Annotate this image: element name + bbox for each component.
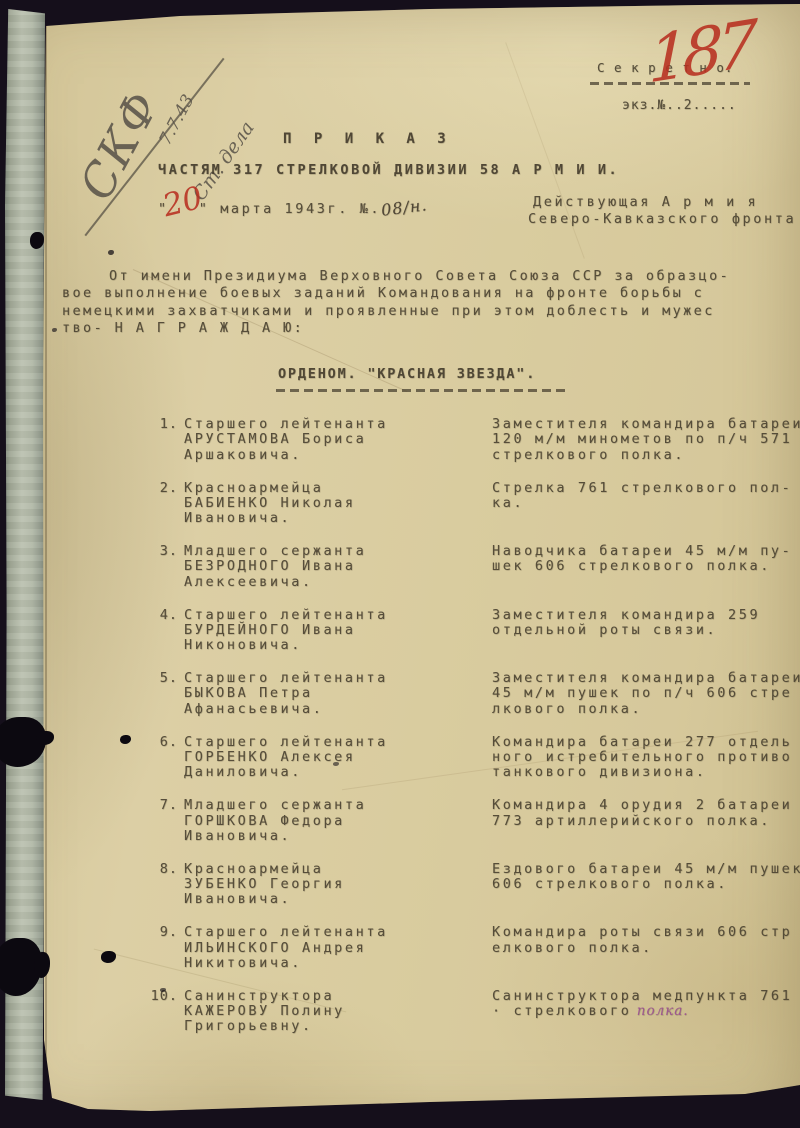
entry-rank-and-name: Младшего сержантаГОРШКОВА ФедораИванович…: [184, 798, 492, 844]
entry-rank-and-name: Старшего лейтенантаГОРБЕНКО АлексеяДанил…: [184, 735, 492, 781]
entry-text-line: 606 стрелкового полка.: [492, 877, 800, 892]
order-addressee-line: ЧАСТЯМ 317 СТРЕЛКОВОЙ ДИВИЗИИ 58 А Р М И…: [158, 162, 619, 178]
entry-text-line: Алексеевича.: [184, 575, 492, 590]
entry-text-line: ного истребительного противо: [492, 750, 800, 765]
entry-text-line: Ивановича.: [184, 892, 492, 907]
entry-number: 8.: [146, 862, 178, 877]
entry-position: Заместителя командира батареи120 м/м мин…: [492, 417, 800, 463]
entry-text-line: Ивановича.: [184, 829, 492, 844]
entry-number: 2.: [146, 481, 178, 496]
entry-position: Заместителя командира батареи45 м/м пуше…: [492, 671, 800, 717]
entry-text-line: КАЖЕРОВУ Полину: [184, 1004, 492, 1019]
entry-position: Командира батареи 277 отдельного истреби…: [492, 735, 800, 781]
entry-rank-and-name: Младшего сержантаБЕЗРОДНОГО ИванаАлексее…: [184, 544, 492, 590]
entry-text-line: танкового дивизиона.: [492, 765, 800, 780]
entry-number: 4.: [146, 608, 178, 623]
preamble-line: вое выполнение боевых заданий Командован…: [62, 285, 730, 302]
entry-text-line: Старшего лейтенанта: [184, 735, 492, 750]
entry-text-line: Командира роты связи 606 стр: [492, 925, 800, 940]
entry-text-line: БАБИЕНКО Николая: [184, 496, 492, 511]
entry-text-line: Старшего лейтенанта: [184, 417, 492, 432]
entry-text-line: 7.: [146, 798, 178, 813]
army-line-2: Северо-Кавказского фронта: [528, 211, 796, 227]
entry-text-line: Младшего сержанта: [184, 798, 492, 813]
entry-rank-and-name: Старшего лейтенантаИЛЬИНСКОГО АндреяНики…: [184, 925, 492, 971]
entry-text-line: отдельной роты связи.: [492, 623, 800, 638]
entry-rank-and-name: СанинструктораКАЖЕРОВУ ПолинуГригорьевну…: [184, 989, 492, 1035]
preamble: От имени Президиума Верховного Совета Со…: [62, 268, 730, 338]
entry-text-line: 2.: [146, 481, 178, 496]
document-page: С е к р е т н о. экз.№..2..... 187 СКФ 7…: [0, 0, 800, 1128]
entry-text-line: Даниловича.: [184, 765, 492, 780]
award-entry-row: 4.Старшего лейтенантаБУРДЕЙНОГО ИванаНик…: [146, 608, 800, 654]
entry-text-line: Григорьевну.: [184, 1019, 492, 1034]
scan-background: С е к р е т н о. экз.№..2..... 187 СКФ 7…: [0, 0, 800, 1128]
award-entry-row: 6.Старшего лейтенантаГОРБЕНКО АлексеяДан…: [146, 735, 800, 781]
entry-text-line: 5.: [146, 671, 178, 686]
paper-fold-edge: [45, 24, 47, 1104]
copy-number-label: экз.№..2.....: [622, 98, 737, 113]
entry-text-line: лкового полка.: [492, 702, 800, 717]
entry-text-line: Старшего лейтенанта: [184, 671, 492, 686]
entry-rank-and-name: Старшего лейтенантаАРУСТАМОВА БорисаАрша…: [184, 417, 492, 463]
entry-text-line: шек 606 стрелкового полка.: [492, 559, 800, 574]
award-heading: ОРДЕНОМ. "КРАСНАЯ ЗВЕЗДА".: [278, 366, 536, 382]
entry-text-line: Санинструктора медпункта 761: [492, 989, 800, 1004]
entry-text-line: Заместителя командира батареи: [492, 417, 800, 432]
entry-rank-and-name: Старшего лейтенантаБЫКОВА ПетраАфанасьев…: [184, 671, 492, 717]
entry-text-line: Никоновича.: [184, 638, 492, 653]
entry-text-line: Командира батареи 277 отдель: [492, 735, 800, 750]
entry-text-line: стрелкового полка.: [492, 448, 800, 463]
award-entry-row: 1.Старшего лейтенантаАРУСТАМОВА БорисаАр…: [146, 417, 800, 463]
entry-text-line: Аршаковича.: [184, 448, 492, 463]
entry-text-line: 6.: [146, 735, 178, 750]
entry-position: Командира 4 орудия 2 батареи773 артиллер…: [492, 798, 800, 829]
entry-rank-and-name: КрасноармейцаЗУБЕНКО ГеоргияИвановича.: [184, 862, 492, 908]
entry-number: 1.: [146, 417, 178, 432]
entry-text-line: Заместителя командира 259: [492, 608, 800, 623]
preamble-line: тво- Н А Г Р А Ж Д А Ю:: [62, 320, 730, 337]
award-entry-row: 10.СанинструктораКАЖЕРОВУ ПолинуГригорье…: [146, 989, 800, 1035]
award-entry-row: 2.КрасноармейцаБАБИЕНКО НиколаяИвановича…: [146, 481, 800, 527]
handwritten-correction: полка.: [631, 1003, 688, 1019]
entry-number: 3.: [146, 544, 178, 559]
entry-text-line: 773 артиллерийского полка.: [492, 814, 800, 829]
entry-text-line: 4.: [146, 608, 178, 623]
preamble-line: немецкими захватчиками и проявленные при…: [62, 303, 730, 320]
entry-text-line: 45 м/м пушек по п/ч 606 стре: [492, 686, 800, 701]
entry-text-line: БЫКОВА Петра: [184, 686, 492, 701]
entry-text-line: 9.: [146, 925, 178, 940]
entry-text-line: Младшего сержанта: [184, 544, 492, 559]
entry-text-line: · стрелкового полка.: [492, 1004, 800, 1019]
entry-text-line: 8.: [146, 862, 178, 877]
entry-text-line: Красноармейца: [184, 481, 492, 496]
handwritten-order-number: 08/н.: [380, 195, 428, 220]
entry-text-line: Ивановича.: [184, 511, 492, 526]
army-line-1: Действующая А р м и я: [533, 194, 758, 210]
award-entry-row: 7.Младшего сержантаГОРШКОВА ФедораИванов…: [146, 798, 800, 844]
entry-text-line: АРУСТАМОВА Бориса: [184, 432, 492, 447]
award-entry-row: 8.КрасноармейцаЗУБЕНКО ГеоргияИвановича.…: [146, 862, 800, 908]
entry-text-line: 1.: [146, 417, 178, 432]
award-entry-row: 5.Старшего лейтенантаБЫКОВА ПетраАфанась…: [146, 671, 800, 717]
entry-text-line: Афанасьевича.: [184, 702, 492, 717]
entry-number: 5.: [146, 671, 178, 686]
entry-text-line: Ездового батареи 45 м/м пушек: [492, 862, 800, 877]
entry-position: Санинструктора медпункта 761· стрелковог…: [492, 989, 800, 1020]
award-entries: 1.Старшего лейтенантаАРУСТАМОВА БорисаАр…: [146, 417, 800, 1052]
entry-text-line: елкового полка.: [492, 941, 800, 956]
entry-text-line: ка.: [492, 496, 800, 511]
entry-text-line: 120 м/м минометов по п/ч 571: [492, 432, 800, 447]
date-rest: " марта 1943г. №.: [199, 201, 381, 217]
entry-text-line: Наводчика батареи 45 м/м пу-: [492, 544, 800, 559]
entry-text-line: Старшего лейтенанта: [184, 608, 492, 623]
binding-tape: [5, 9, 45, 1100]
entry-position: Заместителя командира 259отдельной роты …: [492, 608, 800, 639]
entry-text-line: Никитовича.: [184, 956, 492, 971]
entry-number: 6.: [146, 735, 178, 750]
entry-text-line: ГОРШКОВА Федора: [184, 814, 492, 829]
entry-number: 9.: [146, 925, 178, 940]
award-entry-row: 3.Младшего сержантаБЕЗРОДНОГО ИванаАлекс…: [146, 544, 800, 590]
entry-position: Наводчика батареи 45 м/м пу-шек 606 стре…: [492, 544, 800, 575]
preamble-line: От имени Президиума Верховного Совета Со…: [62, 268, 730, 285]
entry-rank-and-name: КрасноармейцаБАБИЕНКО НиколаяИвановича.: [184, 481, 492, 527]
entry-text-line: БУРДЕЙНОГО Ивана: [184, 623, 492, 638]
entry-text-line: Санинструктора: [184, 989, 492, 1004]
entry-position: Командира роты связи 606 стрелкового пол…: [492, 925, 800, 956]
entry-number: 7.: [146, 798, 178, 813]
award-heading-underline: [276, 389, 568, 392]
entry-text-line: Командира 4 орудия 2 батареи: [492, 798, 800, 813]
entry-position: Ездового батареи 45 м/м пушек606 стрелко…: [492, 862, 800, 893]
award-entry-row: 9.Старшего лейтенантаИЛЬИНСКОГО АндреяНи…: [146, 925, 800, 971]
entry-text-line: Стрелка 761 стрелкового пол-: [492, 481, 800, 496]
entry-text-line: 3.: [146, 544, 178, 559]
handwritten-date-day: 20: [159, 180, 206, 224]
entry-text-line: Красноармейца: [184, 862, 492, 877]
entry-text-line: БЕЗРОДНОГО Ивана: [184, 559, 492, 574]
entry-text-line: Старшего лейтенанта: [184, 925, 492, 940]
entry-position: Стрелка 761 стрелкового пол-ка.: [492, 481, 800, 512]
entry-text-line: Заместителя командира батареи: [492, 671, 800, 686]
entry-text-line: ИЛЬИНСКОГО Андрея: [184, 941, 492, 956]
order-title: П Р И К А З: [283, 131, 453, 147]
entry-rank-and-name: Старшего лейтенантаБУРДЕЙНОГО ИванаНикон…: [184, 608, 492, 654]
entry-text-line: ЗУБЕНКО Георгия: [184, 877, 492, 892]
